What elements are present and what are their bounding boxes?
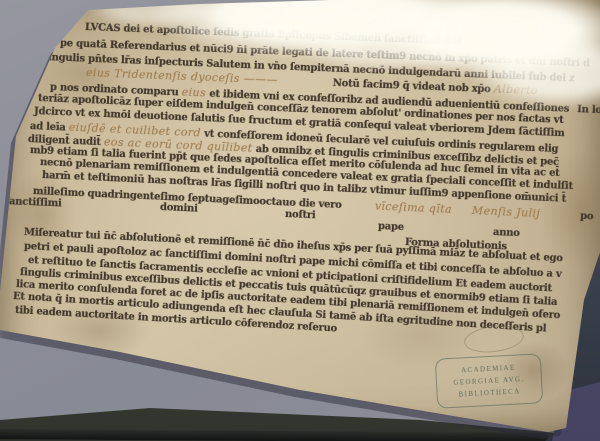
printed-blank-word-nostri: noſtri: [285, 209, 316, 221]
handwritten-text: Menſis Julij: [472, 204, 541, 220]
printed-blank-word-anno: anno: [493, 227, 520, 239]
printed-text: pape: [378, 221, 404, 233]
printed-blank-word-sanctissimi: ſanctiſſimi: [5, 196, 62, 209]
printed-blank-word-pape: pape: [378, 221, 404, 233]
printed-text: anno: [493, 227, 520, 239]
printed-text: po: [580, 211, 594, 223]
handwritten-text: vīceſima qīta: [375, 200, 453, 216]
handwritten-text: eius: [181, 86, 206, 100]
printed-blank-word-domini: domini: [160, 202, 198, 215]
library-stamp: ACADEMIAE GEORGIAE AVG. BIBLIOTHECA: [435, 353, 543, 408]
printed-text: In loco: [577, 104, 600, 117]
handwritten-text: Alberto: [494, 82, 539, 97]
museum-photo: LVCAS dei et apoſtolice ſedis gratia Epi…: [0, 0, 600, 441]
printed-text: domini: [160, 202, 198, 215]
printed-text: noſtri: [285, 209, 316, 221]
printed-text: ſanctiſſimi: [5, 196, 62, 209]
